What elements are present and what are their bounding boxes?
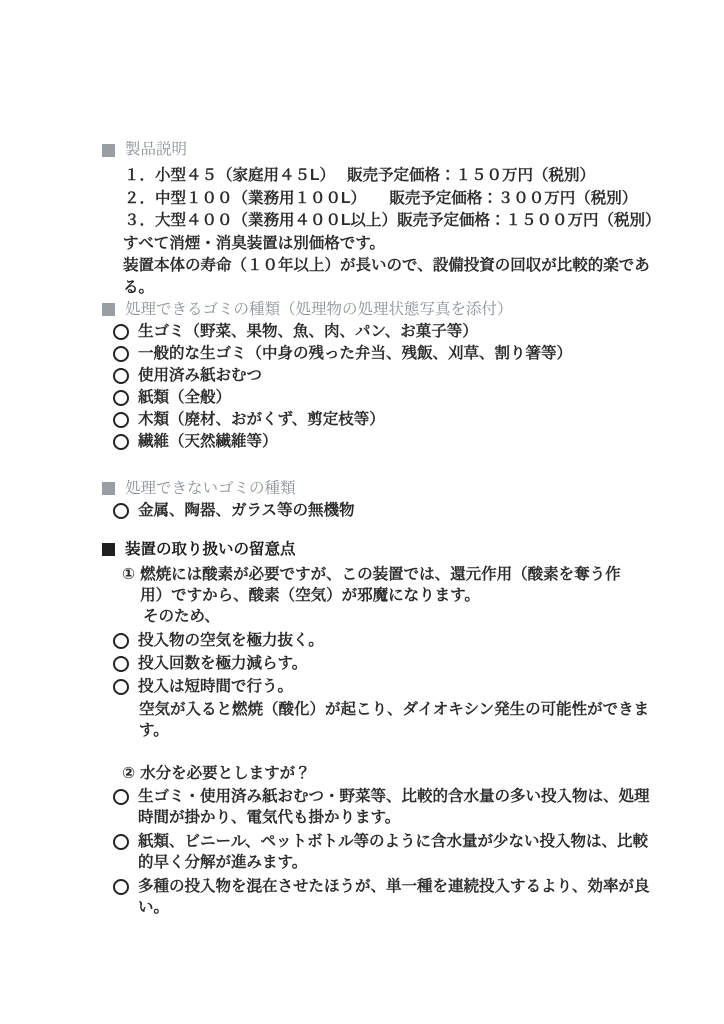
list-item-text: 紙類（全般） bbox=[138, 387, 231, 409]
product-note-price: すべて消煙・消臭装置は別価格です。 bbox=[0, 233, 656, 255]
list-item: 生ゴミ（野菜、果物、魚、肉、パン、お菓子等） bbox=[0, 321, 724, 343]
list-item: 使用済み紙おむつ bbox=[0, 365, 724, 387]
list-item: 生ゴミ・使用済み紙おむつ・野菜等、比較的含水量の多い投入物は、処理時間が掛かり、… bbox=[0, 786, 724, 828]
circle-bullet-icon bbox=[113, 412, 129, 428]
section-title: 製品説明 bbox=[125, 139, 187, 161]
list-item: 金属、陶器、ガラス等の無機物 bbox=[0, 500, 724, 522]
list-item: 多種の投入物を混在させたほうが、単一種を連続投入するより、効率が良い。 bbox=[0, 876, 724, 918]
circle-bullet-icon bbox=[113, 656, 129, 672]
caution-point-2: ② 水分を必要としますが？ bbox=[0, 763, 724, 784]
product-line-1: １．小型４５（家庭用４５L） 販売予定価格：１５０万円（税別） bbox=[0, 165, 724, 188]
list-item-text: 紙類、ビニール、ペットボトル等のように含水量が少ない投入物は、比較的早く分解が進… bbox=[138, 831, 653, 873]
caution-subtext: そのため、 bbox=[0, 606, 724, 627]
square-bullet-icon bbox=[102, 543, 115, 556]
list-item-text: 繊維（天然繊維等） bbox=[138, 431, 278, 453]
list-item-text: 一般的な生ゴミ（中身の残った弁当、残飯、刈草、割り箸等） bbox=[138, 343, 572, 365]
section-header-product-description: 製品説明 bbox=[0, 139, 724, 161]
list-item: 繊維（天然繊維等） bbox=[0, 431, 724, 453]
circle-bullet-icon bbox=[113, 346, 129, 362]
circle-bullet-icon bbox=[113, 789, 129, 805]
circle-bullet-icon bbox=[113, 679, 129, 695]
section-title: 処理できないゴミの種類 bbox=[125, 478, 296, 500]
list-item: 投入物の空気を極力抜く。 bbox=[0, 630, 724, 651]
list-item-text: 木類（廃材、おがくず、剪定枝等） bbox=[138, 409, 385, 431]
list-item-text: 生ゴミ・使用済み紙おむつ・野菜等、比較的含水量の多い投入物は、処理時間が掛かり、… bbox=[138, 786, 653, 828]
circle-bullet-icon bbox=[113, 324, 129, 340]
list-item: 一般的な生ゴミ（中身の残った弁当、残飯、刈草、割り箸等） bbox=[0, 343, 724, 365]
circle-bullet-icon bbox=[113, 633, 129, 649]
list-item-text: 投入は短時間で行う。 bbox=[138, 676, 293, 697]
list-item: 紙類（全般） bbox=[0, 387, 724, 409]
caution-point-text: 水分を必要としますが？ bbox=[140, 763, 311, 784]
circle-bullet-icon bbox=[113, 879, 129, 895]
square-bullet-icon bbox=[102, 303, 115, 316]
circle-bullet-icon bbox=[113, 390, 129, 406]
document-content: 製品説明 １．小型４５（家庭用４５L） 販売予定価格：１５０万円（税別） ２．中… bbox=[0, 0, 724, 918]
list-item-text: 使用済み紙おむつ bbox=[138, 365, 262, 387]
square-bullet-icon bbox=[102, 482, 115, 495]
product-line-3: ３．大型４００（業務用４００L以上）販売予定価格：１５００万円（税別） bbox=[0, 210, 724, 233]
product-note-lifespan: 装置本体の寿命（１０年以上）が長いので、設備投資の回収が比較的楽である。 bbox=[0, 255, 656, 299]
circled-number-1: ① bbox=[122, 564, 135, 606]
document-page: 製品説明 １．小型４５（家庭用４５L） 販売予定価格：１５０万円（税別） ２．中… bbox=[0, 0, 724, 1024]
section-header-non-processable-waste: 処理できないゴミの種類 bbox=[0, 478, 724, 500]
list-item-text: 多種の投入物を混在させたほうが、単一種を連続投入するより、効率が良い。 bbox=[138, 876, 653, 918]
list-item-text: 金属、陶器、ガラス等の無機物 bbox=[138, 500, 355, 522]
list-item-text: 投入物の空気を極力抜く。 bbox=[138, 630, 324, 651]
list-item: 木類（廃材、おがくず、剪定枝等） bbox=[0, 409, 724, 431]
caution-point-1: ① 燃焼には酸素が必要ですが、この装置では、還元作用（酸素を奪う作用）ですから、… bbox=[0, 564, 724, 606]
section-header-processable-waste: 処理できるゴミの種類（処理物の処理状態写真を添付） bbox=[0, 299, 724, 321]
section-title: 処理できるゴミの種類（処理物の処理状態写真を添付） bbox=[125, 299, 513, 321]
circled-number-2: ② bbox=[122, 763, 135, 784]
circle-bullet-icon bbox=[113, 434, 129, 450]
section-header-handling-cautions: 装置の取り扱いの留意点 bbox=[0, 539, 724, 561]
list-item-text: 投入回数を極力減らす。 bbox=[138, 653, 307, 674]
product-line-2: ２．中型１００（業務用１００L） 販売予定価格：３００万円（税別） bbox=[0, 188, 724, 211]
circle-bullet-icon bbox=[113, 368, 129, 384]
section-title: 装置の取り扱いの留意点 bbox=[125, 539, 296, 561]
list-item: 投入は短時間で行う。 bbox=[0, 676, 724, 697]
caution-point-text: 燃焼には酸素が必要ですが、この装置では、還元作用（酸素を奪う作用）ですから、酸素… bbox=[140, 564, 628, 606]
list-item-text: 生ゴミ（野菜、果物、魚、肉、パン、お菓子等） bbox=[138, 321, 478, 343]
caution-note-dioxin: 空気が入ると燃焼（酸化）が起こり、ダイオキシン発生の可能性ができます。 bbox=[0, 699, 652, 741]
circle-bullet-icon bbox=[113, 834, 129, 850]
list-item: 投入回数を極力減らす。 bbox=[0, 653, 724, 674]
square-bullet-icon bbox=[102, 144, 115, 157]
circle-bullet-icon bbox=[113, 503, 129, 519]
list-item: 紙類、ビニール、ペットボトル等のように含水量が少ない投入物は、比較的早く分解が進… bbox=[0, 831, 724, 873]
